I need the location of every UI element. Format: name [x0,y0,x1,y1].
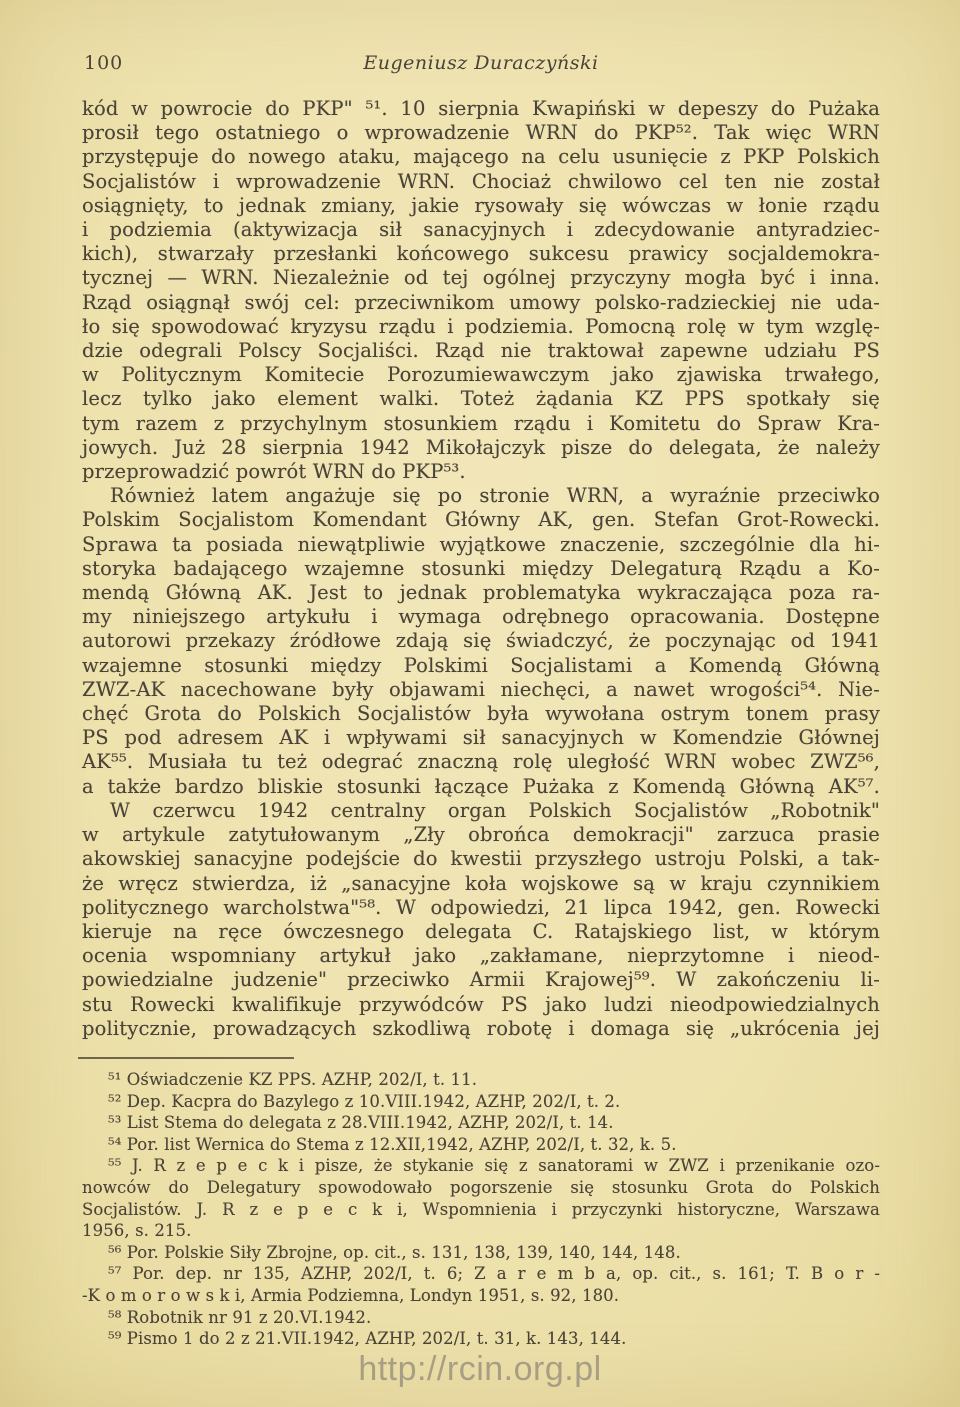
text-line: Również latem angażuje się po stronie WR… [82,484,880,508]
footnote-line: ⁵⁶ Por. Polskie Siły Zbrojne, op. cit., … [82,1242,880,1264]
article-body: kód w powrocie do PKP" ⁵¹. 10 sierpnia K… [82,97,880,1041]
text-line: ZWZ-AK nacechowane były objawami niechęc… [82,678,880,702]
text-line: Polskim Socjalistom Komendant Główny AK,… [82,508,880,532]
footnote-line: ⁵² Dep. Kacpra do Bazylego z 10.VIII.194… [82,1091,880,1113]
footnote-line: -K o m o r o w s k i, Armia Podziemna, L… [82,1285,880,1307]
text-line: PS pod adresem AK i wpływami sił sanacyj… [82,726,880,750]
footnote-line: ⁵¹ Oświadczenie KZ PPS. AZHP, 202/I, t. … [82,1069,880,1091]
text-line: kód w powrocie do PKP" ⁵¹. 10 sierpnia K… [82,97,880,121]
text-line: W czerwcu 1942 centralny organ Polskich … [82,799,880,823]
text-line: stu Rowecki kwalifikuje przywódców PS ja… [82,993,880,1017]
text-line: przystępuje do nowego ataku, mającego na… [82,145,880,169]
footnote-line: ⁵⁹ Pismo 1 do 2 z 21.VII.1942, AZHP, 202… [82,1328,880,1350]
text-line: lecz tylko jako element walki. Toteż żąd… [82,387,880,411]
footnotes-block: ⁵¹ Oświadczenie KZ PPS. AZHP, 202/I, t. … [82,1069,880,1350]
text-line: politycznego warcholstwa"⁵⁸. W odpowiedz… [82,896,880,920]
paragraph-1: kód w powrocie do PKP" ⁵¹. 10 sierpnia K… [82,97,880,484]
footnote-separator-rule [78,1057,294,1059]
watermark-url: http://rcin.org.pl [0,1350,960,1389]
text-line: dzie odegrali Polscy Socjaliści. Rząd ni… [82,339,880,363]
text-line: AK⁵⁵. Musiała tu też odegrać znaczną rol… [82,750,880,774]
footnote-line: nowców do Delegatury spowodowało pogorsz… [82,1177,880,1199]
running-header: 100 Eugeniusz Duraczyński [82,52,880,78]
text-line: w artykule zatytułowanym „Zły obrońca de… [82,823,880,847]
text-line: i podziemia (aktywizacja sił sanacyjnych… [82,218,880,242]
scanned-book-page: 100 Eugeniusz Duraczyński kód w powrocie… [0,0,960,1407]
paragraph-3: W czerwcu 1942 centralny organ Polskich … [82,799,880,1041]
text-line: powiedzialne judzenie" przeciwko Armii K… [82,968,880,992]
text-line: kich), stwarzały przesłanki końcowego su… [82,242,880,266]
footnote-line: 1956, s. 215. [82,1220,880,1242]
text-line: kieruje na ręce ówczesnego delegata C. R… [82,920,880,944]
text-line: Socjalistów i wprowadzenie WRN. Chociaż … [82,170,880,194]
footnote-line: ⁵⁸ Robotnik nr 91 z 20.VI.1942. [82,1307,880,1329]
footnote-line: Socjalistów. J. R z e p e c k i, Wspomni… [82,1199,880,1221]
text-line: tycznej — WRN. Niezależnie od tej ogólne… [82,266,880,290]
text-line: Rząd osiągnął swój cel: przeciwnikom umo… [82,291,880,315]
text-line: wzajemne stosunki między Polskimi Socjal… [82,654,880,678]
text-line: ocenia wspomniany artykuł jako „zakłaman… [82,944,880,968]
footnote-line: ⁵⁵ J. R z e p e c k i pisze, że stykanie… [82,1155,880,1177]
text-line: prosił tego ostatniego o wprowadzenie WR… [82,121,880,145]
text-line: ło się spowodować kryzysu rządu i podzie… [82,315,880,339]
text-line: że wręcz stwierdza, iż „sanacyjne koła w… [82,872,880,896]
text-line: jowych. Już 28 sierpnia 1942 Mikołajczyk… [82,436,880,460]
text-line: Sprawa ta posiada niewątpliwie wyjątkowe… [82,533,880,557]
text-line: osiągnięty, to jednak zmiany, jakie ryso… [82,194,880,218]
footnote-line: ⁵³ List Stema do delegata z 28.VIII.1942… [82,1112,880,1134]
running-head-author: Eugeniusz Duraczyński [82,52,880,74]
text-line: w Politycznym Komitecie Porozumiewawczym… [82,363,880,387]
text-line: tym razem z przychylnym stosunkiem rządu… [82,412,880,436]
paragraph-2: Również latem angażuje się po stronie WR… [82,484,880,799]
text-line: my niniejszego artykułu i wymaga odrębne… [82,605,880,629]
text-line: politycznie, prowadzących szkodliwą robo… [82,1017,880,1041]
text-line: storyka badającego wzajemne stosunki mię… [82,557,880,581]
text-line: chęć Grota do Polskich Socjalistów była … [82,702,880,726]
text-line: autorowi przekazy źródłowe zdają się świ… [82,629,880,653]
text-line: mendą Główną AK. Jest to jednak problema… [82,581,880,605]
footnote-line: ⁵⁷ Por. dep. nr 135, AZHP, 202/I, t. 6; … [82,1263,880,1285]
footnote-line: ⁵⁴ Por. list Wernica do Stema z 12.XII,1… [82,1134,880,1156]
text-line: przeprowadzić powrót WRN do PKP⁵³. [82,460,880,484]
text-line: a także bardzo bliskie stosunki łączące … [82,775,880,799]
text-line: akowskiej sanacyjne podejście do kwestii… [82,847,880,871]
